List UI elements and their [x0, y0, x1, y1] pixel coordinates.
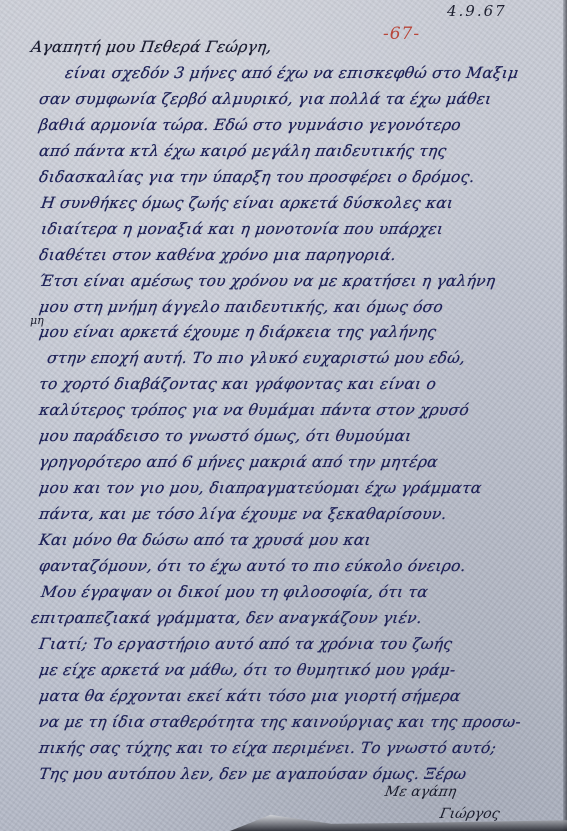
body-line: πικής σας τύχης και το είχα περιμένει. Τ…: [38, 739, 497, 757]
paper-fold: [230, 813, 567, 831]
body-line: Η συνθήκες όμως ζωής είναι αρκετά δύσκολ…: [40, 194, 455, 212]
margin-note: μη: [30, 314, 44, 327]
body-line: σαν συμφωνία ζερβό αλμυρικό, για πολλά τ…: [38, 90, 493, 108]
body-line: να με τη ίδια σταθερότητα της καινούργια…: [38, 713, 522, 731]
paper-edge: [563, 0, 567, 831]
body-line: καλύτερος τρόπος για να θυμάμαι πάντα στ…: [38, 401, 470, 419]
body-line: Της μου αυτόπου λεν, δεν με αγαπούσαν όμ…: [38, 765, 468, 783]
body-line: γρηγορότερο από 6 μήνες μακριά από την μ…: [38, 453, 439, 471]
body-line: ιδιαίτερα η μοναξιά και η μονοτονία που …: [40, 220, 445, 238]
body-line: Μου έγραψαν οι δικοί μου τη φιλοσοφία, ό…: [40, 583, 429, 601]
body-line: Γιατί; Το εργαστήριο αυτό από τα χρόνια …: [38, 635, 453, 653]
letter-date: 4.9.67: [447, 2, 507, 20]
body-line: στην εποχή αυτή. Το πιο γλυκό ευχαριστώ …: [46, 349, 467, 367]
body-line: μου είναι αρκετά έχουμε η διάρκεια της γ…: [38, 323, 437, 341]
body-line: από πάντα κτλ έχω καιρό μεγάλη παιδευτικ…: [38, 142, 448, 160]
body-line: το χορτό διαβάζοντας και γράφοντας και ε…: [38, 375, 437, 393]
closing: Με αγάπη: [384, 784, 458, 800]
body-line: φανταζόμουν, ότι το έχω αυτό το πιο εύκο…: [38, 557, 467, 575]
body-line: διδασκαλίας για την ύπαρξη του προσφέρει…: [38, 168, 476, 186]
body-line: πάντα, και με τόσο λίγα έχουμε να ξεκαθα…: [38, 505, 448, 523]
body-line: επιτραπεζιακά γράμματα, δεν αναγκάζουν γ…: [30, 609, 423, 627]
page-number-annotation: -67-: [383, 24, 420, 44]
body-line: μου παράδεισο το γνωστό όμως, ότι θυμούμ…: [38, 427, 413, 445]
body-line: Και μόνο θα δώσω από τα χρυσά μου και: [38, 531, 372, 549]
body-line: με είχε αρκετά να μάθω, ότι το θυμητικό …: [38, 661, 457, 679]
body-line: είναι σχεδόν 3 μήνες από έχω να επισκεφθ…: [64, 64, 520, 82]
body-line: μου στη μνήμη άγγελο παιδευτικής, και όμ…: [38, 298, 444, 316]
body-line: διαθέτει στον καθένα χρόνο μια παρηγοριά…: [38, 246, 397, 264]
body-line: ματα θα έρχονται εκεί κάτι τόσο μια γιορ…: [38, 687, 462, 705]
body-line: βαθιά αρμονία τώρα. Εδώ στο γυμνάσιο γεγ…: [38, 116, 462, 134]
salutation: Αγαπητή μου Πεθερά Γεώργη,: [30, 38, 273, 56]
body-line: μου και τον γιο μου, διαπραγματεύομαι έχ…: [38, 479, 483, 497]
letter-page: 4.9.67 -67- Αγαπητή μου Πεθερά Γεώργη, ε…: [0, 0, 567, 831]
body-line: Έτσι είναι αμέσως του χρόνου να με κρατή…: [38, 272, 497, 290]
signature: Γιώργος: [439, 806, 501, 822]
